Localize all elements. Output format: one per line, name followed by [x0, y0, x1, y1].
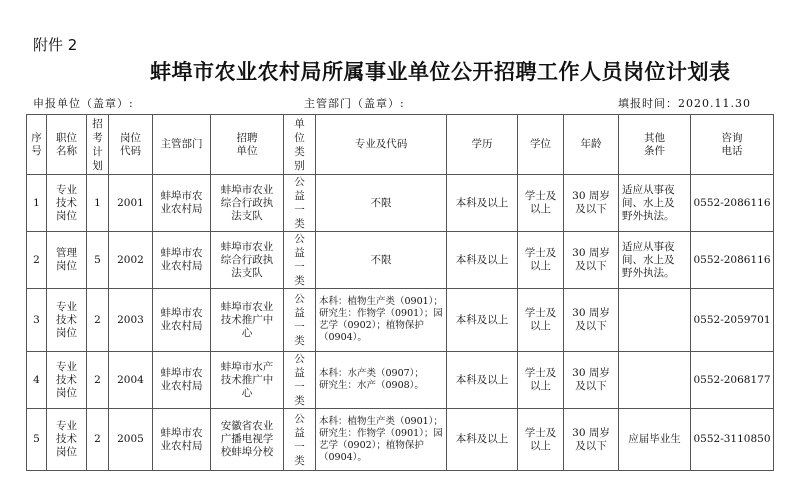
cell-education: 本科及以上: [447, 289, 518, 352]
cell-phone: 0552-2059701: [691, 289, 774, 352]
cell-degree: 学士及 以上: [518, 175, 564, 232]
header-position-name: 职位 名称: [47, 115, 87, 175]
cell-position-name: 专业 技术 岗位: [47, 289, 87, 352]
cell-supervising-dept: 蚌埠市农 业农村局: [153, 175, 211, 232]
position-plan-table: 序 号 职位 名称 招 考 计 划 岗位 代码 主管部门 招聘 单位 单 位 类…: [26, 114, 774, 471]
cell-phone: 0552-3110850: [691, 409, 774, 471]
header-age: 年龄: [564, 115, 619, 175]
cell-degree: 学士及 以上: [518, 409, 564, 471]
supervising-dept-label: 主管部门（盖章）:: [304, 95, 405, 111]
cell-unit-category: 公 益 一 类: [284, 289, 316, 352]
table-row: 4 专业 技术 岗位 2 2004 蚌埠市农 业农村局 蚌埠市水产 技术推广中 …: [27, 352, 774, 409]
cell-position-name: 管理 岗位: [47, 232, 87, 289]
cell-seq: 1: [27, 175, 47, 232]
cell-other-conditions: 适应从事夜 间、水上及 野外执法。: [619, 232, 691, 289]
table-header-row: 序 号 职位 名称 招 考 计 划 岗位 代码 主管部门 招聘 单位 单 位 类…: [27, 115, 774, 175]
header-plan-count: 招 考 计 划: [87, 115, 109, 175]
cell-plan-count: 1: [87, 175, 109, 232]
table-row: 2 管理 岗位 5 2002 蚌埠市农 业农村局 蚌埠市农业 综合行政执 法支队…: [27, 232, 774, 289]
header-major-code: 专业及代码: [316, 115, 447, 175]
cell-position-code: 2001: [109, 175, 153, 232]
cell-unit-category: 公 益 一 类: [284, 232, 316, 289]
cell-hiring-unit: 安徽省农业 广播电视学 校蚌埠分校: [211, 409, 284, 471]
cell-education: 本科及以上: [447, 409, 518, 471]
cell-seq: 5: [27, 409, 47, 471]
cell-phone: 0552-2086116: [691, 175, 774, 232]
cell-other-conditions: [619, 289, 691, 352]
cell-hiring-unit: 蚌埠市农业 技术推广中 心: [211, 289, 284, 352]
cell-education: 本科及以上: [447, 352, 518, 409]
cell-hiring-unit: 蚌埠市水产 技术推广中 心: [211, 352, 284, 409]
header-phone: 咨询 电话: [691, 115, 774, 175]
cell-plan-count: 2: [87, 352, 109, 409]
reporting-unit-label: 申报单位（盖章）:: [33, 95, 134, 111]
cell-phone: 0552-2086116: [691, 232, 774, 289]
header-unit-category: 单 位 类 别: [284, 115, 316, 175]
cell-unit-category: 公 益 一 类: [284, 409, 316, 471]
cell-seq: 4: [27, 352, 47, 409]
cell-age: 30 周岁 及以下: [564, 232, 619, 289]
cell-degree: 学士及 以上: [518, 232, 564, 289]
header-seq: 序 号: [27, 115, 47, 175]
cell-plan-count: 2: [87, 289, 109, 352]
cell-position-code: 2003: [109, 289, 153, 352]
cell-major-code: 本科：植物生产类（0901）； 研究生：作物学（0901）；园艺学（0902）；…: [316, 289, 447, 352]
cell-degree: 学士及 以上: [518, 352, 564, 409]
table-row: 1 专业 技术 岗位 1 2001 蚌埠市农 业农村局 蚌埠市农业 综合行政执 …: [27, 175, 774, 232]
table-row: 3 专业 技术 岗位 2 2003 蚌埠市农 业农村局 蚌埠市农业 技术推广中 …: [27, 289, 774, 352]
cell-other-conditions: 适应从事夜 间、水上及 野外执法。: [619, 175, 691, 232]
cell-supervising-dept: 蚌埠市农 业农村局: [153, 352, 211, 409]
cell-supervising-dept: 蚌埠市农 业农村局: [153, 232, 211, 289]
cell-seq: 3: [27, 289, 47, 352]
cell-hiring-unit: 蚌埠市农业 综合行政执 法支队: [211, 232, 284, 289]
cell-age: 30 周岁 及以下: [564, 175, 619, 232]
fill-date: 填报时间：2020.11.30: [618, 95, 751, 111]
cell-position-code: 2004: [109, 352, 153, 409]
cell-education: 本科及以上: [447, 232, 518, 289]
cell-age: 30 周岁 及以下: [564, 289, 619, 352]
cell-major-code: 本科：水产类（0907）； 研究生：水产（0908）。: [316, 352, 447, 409]
cell-major-code: 不限: [316, 175, 447, 232]
cell-age: 30 周岁 及以下: [564, 352, 619, 409]
header-supervising-dept: 主管部门: [153, 115, 211, 175]
cell-seq: 2: [27, 232, 47, 289]
cell-position-name: 专业 技术 岗位: [47, 352, 87, 409]
cell-unit-category: 公 益 一 类: [284, 175, 316, 232]
cell-major-code: 不限: [316, 232, 447, 289]
header-hiring-unit: 招聘 单位: [211, 115, 284, 175]
cell-plan-count: 2: [87, 409, 109, 471]
document-title: 蚌埠市农业农村局所属事业单位公开招聘工作人员岗位计划表: [150, 56, 750, 86]
cell-phone: 0552-2068177: [691, 352, 774, 409]
cell-supervising-dept: 蚌埠市农 业农村局: [153, 289, 211, 352]
cell-education: 本科及以上: [447, 175, 518, 232]
cell-position-name: 专业 技术 岗位: [47, 409, 87, 471]
cell-plan-count: 5: [87, 232, 109, 289]
cell-position-code: 2005: [109, 409, 153, 471]
cell-degree: 学士及 以上: [518, 289, 564, 352]
header-education: 学历: [447, 115, 518, 175]
cell-other-conditions: [619, 352, 691, 409]
annex-label: 附件 2: [33, 34, 77, 55]
header-degree: 学位: [518, 115, 564, 175]
cell-position-code: 2002: [109, 232, 153, 289]
header-other-conditions: 其他 条件: [619, 115, 691, 175]
header-position-code: 岗位 代码: [109, 115, 153, 175]
cell-supervising-dept: 蚌埠市农 业农村局: [153, 409, 211, 471]
table-row: 5 专业 技术 岗位 2 2005 蚌埠市农 业农村局 安徽省农业 广播电视学 …: [27, 409, 774, 471]
cell-hiring-unit: 蚌埠市农业 综合行政执 法支队: [211, 175, 284, 232]
cell-position-name: 专业 技术 岗位: [47, 175, 87, 232]
cell-other-conditions: 应届毕业生: [619, 409, 691, 471]
cell-age: 30 周岁 及以下: [564, 409, 619, 471]
cell-major-code: 本科：植物生产类（0901）； 研究生：作物学（0901）；园艺学（0902）；…: [316, 409, 447, 471]
cell-unit-category: 公 益 一 类: [284, 352, 316, 409]
